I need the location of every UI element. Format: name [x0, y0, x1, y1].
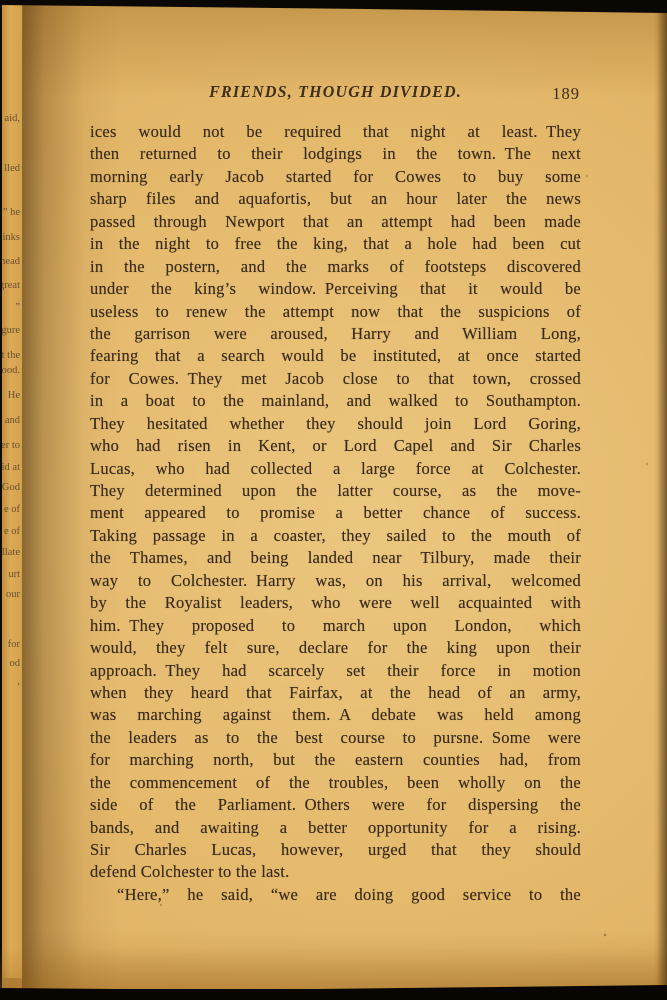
margin-fragment: ” he — [3, 207, 20, 218]
text-line: way to Colchester. Harry was, on his arr… — [90, 570, 581, 592]
body-text: ices would not be required that night at… — [90, 121, 581, 906]
text-line: the Thames, and being landed near Tilbur… — [90, 547, 581, 569]
text-line: when they heard that Fairfax, at the hea… — [90, 682, 581, 704]
text-line: ices would not be required that night at… — [90, 121, 581, 143]
margin-fragment: gure — [2, 325, 20, 336]
text-line: in a boat to the mainland, and walked to… — [90, 390, 581, 412]
margin-fragment: head — [2, 256, 20, 267]
margin-fragment: od — [10, 658, 21, 669]
text-line: then returned to their lodgings in the t… — [90, 143, 581, 165]
margin-fragments: aid,lled” heinksheadgreat”guret thefood.… — [2, 5, 23, 978]
text-line: They hesitated whether they should join … — [90, 413, 581, 435]
margin-fragment: llate — [2, 547, 20, 558]
margin-fragment: , and — [2, 415, 20, 426]
text-line: “Here,” he said, “we are doing good serv… — [90, 884, 581, 906]
margin-fragment: ” — [15, 302, 20, 313]
text-line: morning early Jacob started for Cowes to… — [90, 166, 581, 188]
margin-fragment: t the — [2, 350, 20, 361]
page-number: 189 — [552, 84, 580, 104]
text-line: the commencement of the troubles, been w… — [90, 772, 581, 794]
margin-fragment: our — [6, 589, 20, 600]
facing-page-edge: aid,lled” heinksheadgreat”guret thefood.… — [2, 5, 23, 978]
margin-fragment: , — [17, 676, 20, 687]
text-line: Taking passage in a coaster, they sailed… — [90, 525, 581, 547]
text-line: by the Royalist leaders, who were well a… — [90, 592, 581, 614]
text-line: fearing that a search would be institute… — [90, 345, 581, 367]
text-line: sharp files and aquafortis, but an hour … — [90, 188, 581, 210]
text-line: who had risen in Kent, or Lord Capel and… — [90, 435, 581, 457]
margin-fragment: God — [2, 482, 20, 493]
margin-fragment: food. — [2, 365, 20, 376]
margin-fragment: urt — [8, 569, 20, 580]
margin-fragment: He — [8, 390, 20, 401]
margin-fragment: great — [2, 280, 20, 291]
text-line: for Cowes. They met Jacob close to that … — [90, 368, 581, 390]
margin-fragment: er to — [2, 440, 20, 451]
margin-fragment: id at — [2, 462, 20, 473]
text-line: defend Colchester to the last. — [90, 861, 581, 883]
text-line: would, they felt sure, declare for the k… — [90, 637, 581, 659]
text-line: side of the Parliament. Others were for … — [90, 794, 581, 816]
text-line: passed through Newport that an attempt h… — [90, 211, 581, 233]
text-line: useless to renew the attempt now that th… — [90, 301, 581, 323]
text-line: the leaders as to the best course to pur… — [90, 727, 581, 749]
book-photo: FRIENDS, THOUGH DIVIDED. 189 ices would … — [0, 0, 667, 1000]
text-line: was marching against them. A debate was … — [90, 704, 581, 726]
text-line: the garrison were aroused, Harry and Wil… — [90, 323, 581, 345]
text-line: in the postern, and the marks of footste… — [90, 256, 581, 278]
text-line: Sir Charles Lucas, however, urged that t… — [90, 839, 581, 861]
margin-fragment: lled — [4, 163, 20, 174]
margin-fragment: for — [8, 639, 20, 650]
text-line: for marching north, but the eastern coun… — [90, 749, 581, 771]
text-line: him. They proposed to march upon London,… — [90, 615, 581, 637]
page-header: FRIENDS, THOUGH DIVIDED. 189 — [90, 84, 581, 105]
book-page: FRIENDS, THOUGH DIVIDED. 189 ices would … — [2, 4, 667, 989]
margin-fragment: aid, — [5, 113, 20, 124]
text-line: in the night to free the king, that a ho… — [90, 233, 581, 255]
margin-fragment: e of — [4, 504, 20, 515]
margin-fragment: inks — [2, 232, 20, 243]
text-line: bands, and awaiting a better opportunity… — [90, 817, 581, 839]
margin-fragment: e of — [4, 526, 20, 537]
text-line: under the king’s window. Perceiving that… — [90, 278, 581, 300]
text-line: ment appeared to promise a better chance… — [90, 502, 581, 524]
text-line: Lucas, who had collected a large force a… — [90, 458, 581, 480]
text-line: approach. They had scarcely set their fo… — [90, 660, 581, 682]
running-title: FRIENDS, THOUGH DIVIDED. — [90, 84, 581, 103]
text-line: They determined upon the latter course, … — [90, 480, 581, 502]
